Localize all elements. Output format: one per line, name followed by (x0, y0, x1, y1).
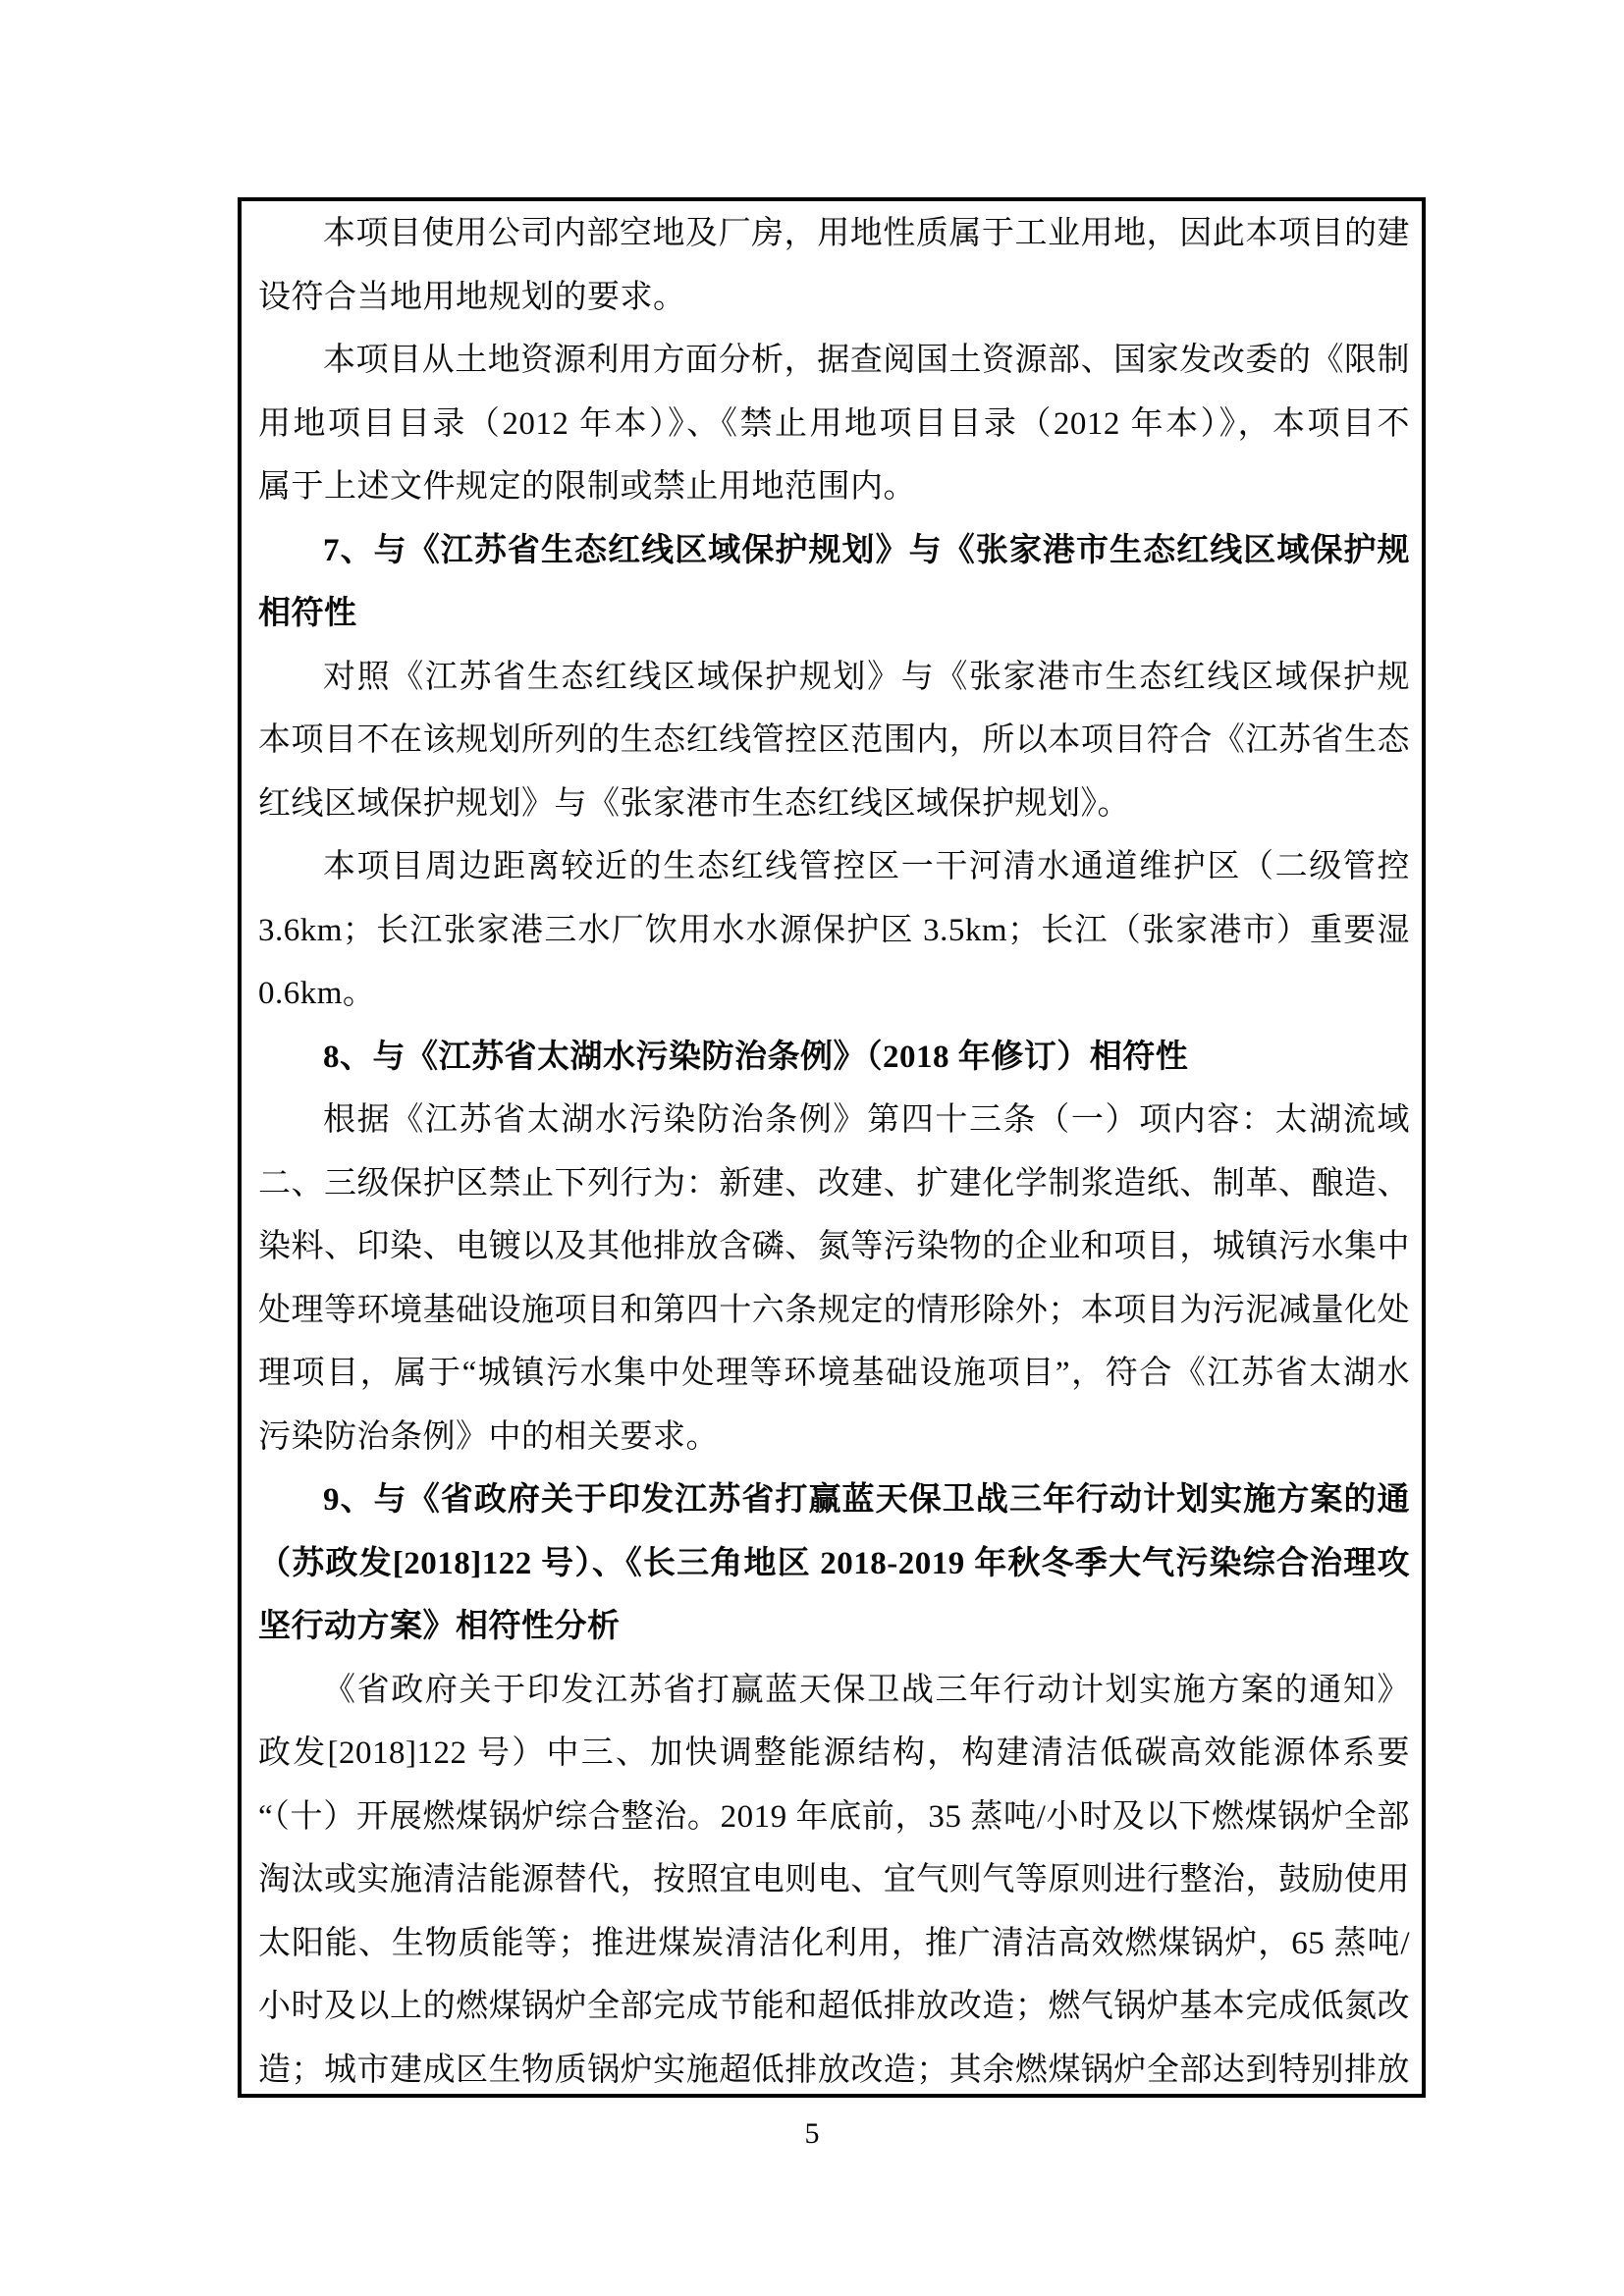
text-line: 相符性 (258, 582, 1410, 646)
text-line: 3.6km；长江张家港三水厂饮用水水源保护区 3.5km；长江（张家港市）重要湿… (258, 899, 1410, 963)
text-line: 处理等环境基础设施项目和第四十六条规定的情形除外；本项目为污泥减量化处 (258, 1279, 1410, 1343)
page-number: 5 (0, 2116, 1624, 2152)
text-line: 7、与《江苏省生态红线区域保护规划》与《张家港市生态红线区域保护规划》 (258, 519, 1410, 583)
text-line: 根据《江苏省太湖水污染防治条例》第四十三条（一）项内容：太湖流域一、 (258, 1089, 1410, 1152)
text-line: 本项目不在该规划所列的生态红线管控区范围内，所以本项目符合《江苏省生态 (258, 709, 1410, 773)
paragraph: 对照《江苏省生态红线区域保护规划》与《张家港市生态红线区域保护规划》，本项目不在… (258, 646, 1410, 836)
text-line: 《省政府关于印发江苏省打赢蓝天保卫战三年行动计划实施方案的通知》（苏 (258, 1659, 1410, 1723)
content-table-cell: 本项目使用公司内部空地及厂房，用地性质属于工业用地，因此本项目的建设符合当地用地… (238, 197, 1426, 2098)
text-line: 属于上述文件规定的限制或禁止用地范围内。 (258, 455, 1410, 519)
text-line: 对照《江苏省生态红线区域保护规划》与《张家港市生态红线区域保护规划》， (258, 646, 1410, 710)
paragraph: 本项目使用公司内部空地及厂房，用地性质属于工业用地，因此本项目的建设符合当地用地… (258, 202, 1410, 329)
text-line: 用地项目目录（2012 年本）》、《禁止用地项目目录（2012 年本）》，本项目… (258, 393, 1410, 456)
text-line: 理项目，属于“城镇污水集中处理等环境基础设施项目”，符合《江苏省太湖水 (258, 1342, 1410, 1406)
text-line: 8、与《江苏省太湖水污染防治条例》（2018 年修订）相符性 (258, 1026, 1410, 1090)
section-heading: 7、与《江苏省生态红线区域保护规划》与《张家港市生态红线区域保护规划》相符性 (258, 519, 1410, 646)
paragraph: 《省政府关于印发江苏省打赢蓝天保卫战三年行动计划实施方案的通知》（苏政发[201… (258, 1659, 1410, 2099)
text-line: 0.6km。 (258, 962, 1410, 1026)
text-line: 本项目从土地资源利用方面分析，据查阅国土资源部、国家发改委的《限制 (258, 329, 1410, 393)
text-line: 本项目周边距离较近的生态红线管控区一干河清水通道维护区（二级管控区） (258, 835, 1410, 899)
text-line: 坚行动方案》相符性分析 (258, 1595, 1410, 1659)
section-heading: 8、与《江苏省太湖水污染防治条例》（2018 年修订）相符性 (258, 1026, 1410, 1090)
paragraph: 本项目从土地资源利用方面分析，据查阅国土资源部、国家发改委的《限制用地项目目录（… (258, 329, 1410, 519)
text-line: 造；城市建成区生物质锅炉实施超低排放改造；其余燃煤锅炉全部达到特别排放 (258, 2039, 1410, 2099)
document-page: 本项目使用公司内部空地及厂房，用地性质属于工业用地，因此本项目的建设符合当地用地… (0, 0, 1624, 2296)
section-heading: 9、与《省政府关于印发江苏省打赢蓝天保卫战三年行动计划实施方案的通知》（苏政发[… (258, 1468, 1410, 1659)
text-line: 二、三级保护区禁止下列行为：新建、改建、扩建化学制浆造纸、制革、酿造、 (258, 1152, 1410, 1216)
text-line: 政发[2018]122 号）中三、加快调整能源结构，构建清洁低碳高效能源体系要求… (258, 1722, 1410, 1786)
text-line: 小时及以上的燃煤锅炉全部完成节能和超低排放改造；燃气锅炉基本完成低氮改 (258, 1975, 1410, 2039)
text-line: 设符合当地用地规划的要求。 (258, 266, 1410, 330)
text-line: 染料、印染、电镀以及其他排放含磷、氮等污染物的企业和项目，城镇污水集中 (258, 1215, 1410, 1279)
text-line: 9、与《省政府关于印发江苏省打赢蓝天保卫战三年行动计划实施方案的通知》 (258, 1468, 1410, 1532)
text-line: 红线区域保护规划》与《张家港市生态红线区域保护规划》。 (258, 773, 1410, 836)
text-line: 污染防治条例》中的相关要求。 (258, 1406, 1410, 1469)
text-line: “（十）开展燃煤锅炉综合整治。2019 年底前，35 蒸吨/小时及以下燃煤锅炉全… (258, 1786, 1410, 1849)
paragraph: 根据《江苏省太湖水污染防治条例》第四十三条（一）项内容：太湖流域一、二、三级保护… (258, 1089, 1410, 1468)
text-line: （苏政发[2018]122 号）、《长三角地区 2018-2019 年秋冬季大气… (258, 1532, 1410, 1596)
paragraph: 本项目周边距离较近的生态红线管控区一干河清水通道维护区（二级管控区）3.6km；… (258, 835, 1410, 1026)
text-line: 淘汰或实施清洁能源替代，按照宜电则电、宜气则气等原则进行整治，鼓励使用 (258, 1848, 1410, 1912)
text-line: 本项目使用公司内部空地及厂房，用地性质属于工业用地，因此本项目的建 (258, 202, 1410, 266)
text-line: 太阳能、生物质能等；推进煤炭清洁化利用，推广清洁高效燃煤锅炉，65 蒸吨/ (258, 1912, 1410, 1976)
